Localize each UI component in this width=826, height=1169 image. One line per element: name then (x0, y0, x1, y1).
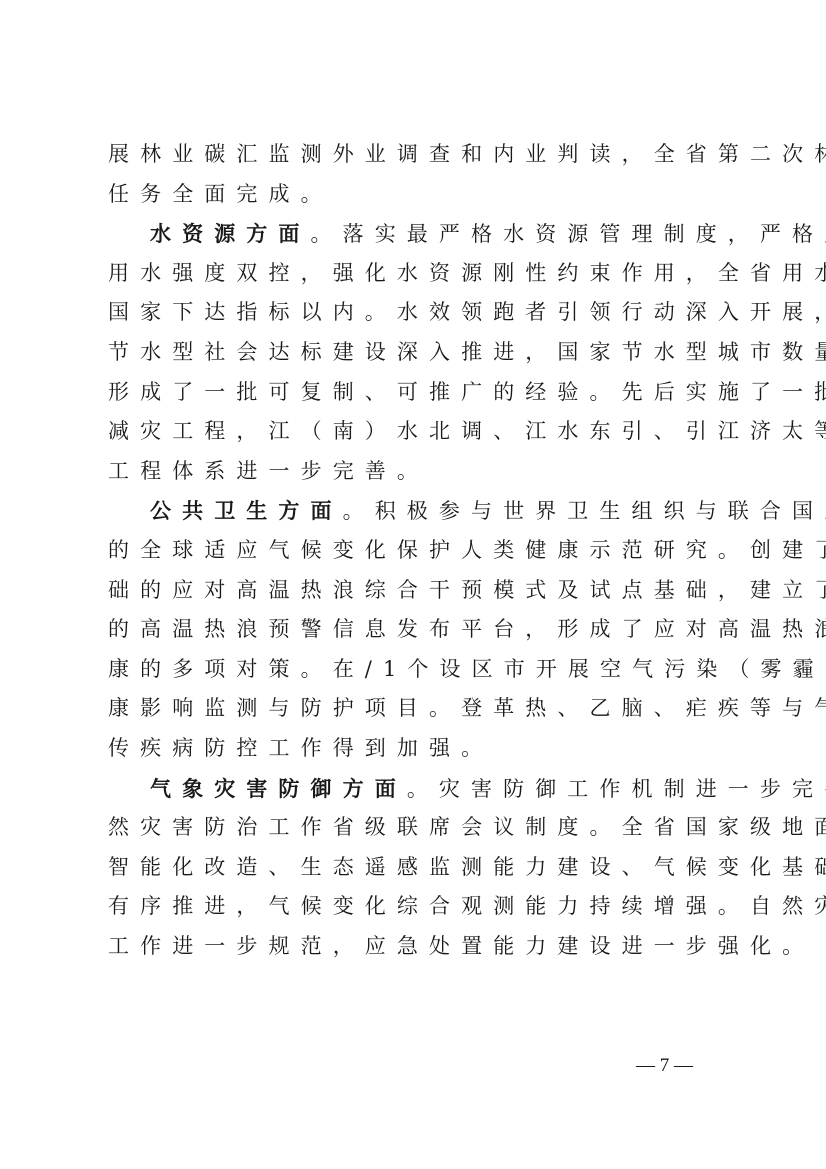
text-line: 展林业碳汇监测外业调查和内业判读，全省第二次林业碳汇监测 (108, 135, 728, 175)
body-text: 展林业碳汇监测外业调查和内业判读，全省第二次林业碳汇监测 任务全面完成。 水资源… (108, 135, 728, 966)
text-line: 工作进一步规范，应急处置能力建设进一步强化。 (108, 927, 728, 967)
page-number: — 7 — (636, 1052, 693, 1080)
text-line: 康的多项对策。在/1个设区市开展空气污染（雾霾）对人群健 (108, 650, 728, 690)
text-span: 。落实最严格水资源管理制度，严格用水总量和 (311, 222, 826, 246)
text-line: 然灾害防治工作省级联席会议制度。全省国家级地面气象观测站 (108, 808, 728, 848)
text-line: 智能化改造、生态遥感监测能力建设、气候变化基础数据库建设 (108, 848, 728, 888)
text-line: 节水型社会达标建设深入推进，国家节水型城市数量居全国第一， (108, 333, 728, 373)
text-line: 的高温热浪预警信息发布平台，形成了应对高温热浪保护人群健 (108, 610, 728, 650)
section-heading-public-health: 公共卫生方面 (150, 498, 343, 523)
text-line: 有序推进，气候变化综合观测能力持续增强。自然灾害应急处置 (108, 887, 728, 927)
text-line: 康影响监测与防护项目。登革热、乙脑、疟疾等与气候相关的媒 (108, 689, 728, 729)
text-line: 减灾工程，江（南）水北调、江水东引、引江济太等跨流域调水 (108, 412, 728, 452)
section-heading-disaster-defense: 气象灾害防御方面 (150, 776, 407, 801)
text-line: 任务全面完成。 (108, 175, 728, 215)
text-span: 。灾害防御工作机制进一步完善，建立自 (407, 777, 826, 801)
text-line: 工程体系进一步完善。 (108, 452, 728, 492)
paragraph-public-health-first-line: 公共卫生方面。积极参与世界卫生组织与联合国发展规划署 (108, 491, 728, 531)
text-line: 形成了一批可复制、可推广的经验。先后实施了一批流域性防洪 (108, 373, 728, 413)
text-line: 础的应对高温热浪综合干预模式及试点基础，建立了多部门联动 (108, 571, 728, 611)
section-heading-water-resources: 水资源方面 (150, 221, 311, 246)
text-line: 传疾病防控工作得到加强。 (108, 729, 728, 769)
text-line: 国家下达指标以内。水效领跑者引领行动深入开展，国家级县域 (108, 293, 728, 333)
text-span: 。积极参与世界卫生组织与联合国发展规划署 (343, 499, 826, 523)
paragraph-water-resources-first-line: 水资源方面。落实最严格水资源管理制度，严格用水总量和 (108, 214, 728, 254)
paragraph-disaster-defense-first-line: 气象灾害防御方面。灾害防御工作机制进一步完善，建立自 (108, 769, 728, 809)
text-line: 的全球适应气候变化保护人类健康示范研究。创建了以社区为基 (108, 531, 728, 571)
document-page: 展林业碳汇监测外业调查和内业判读，全省第二次林业碳汇监测 任务全面完成。 水资源… (0, 0, 826, 1169)
text-line: 用水强度双控，强化水资源刚性约束作用，全省用水总量控制在 (108, 254, 728, 294)
